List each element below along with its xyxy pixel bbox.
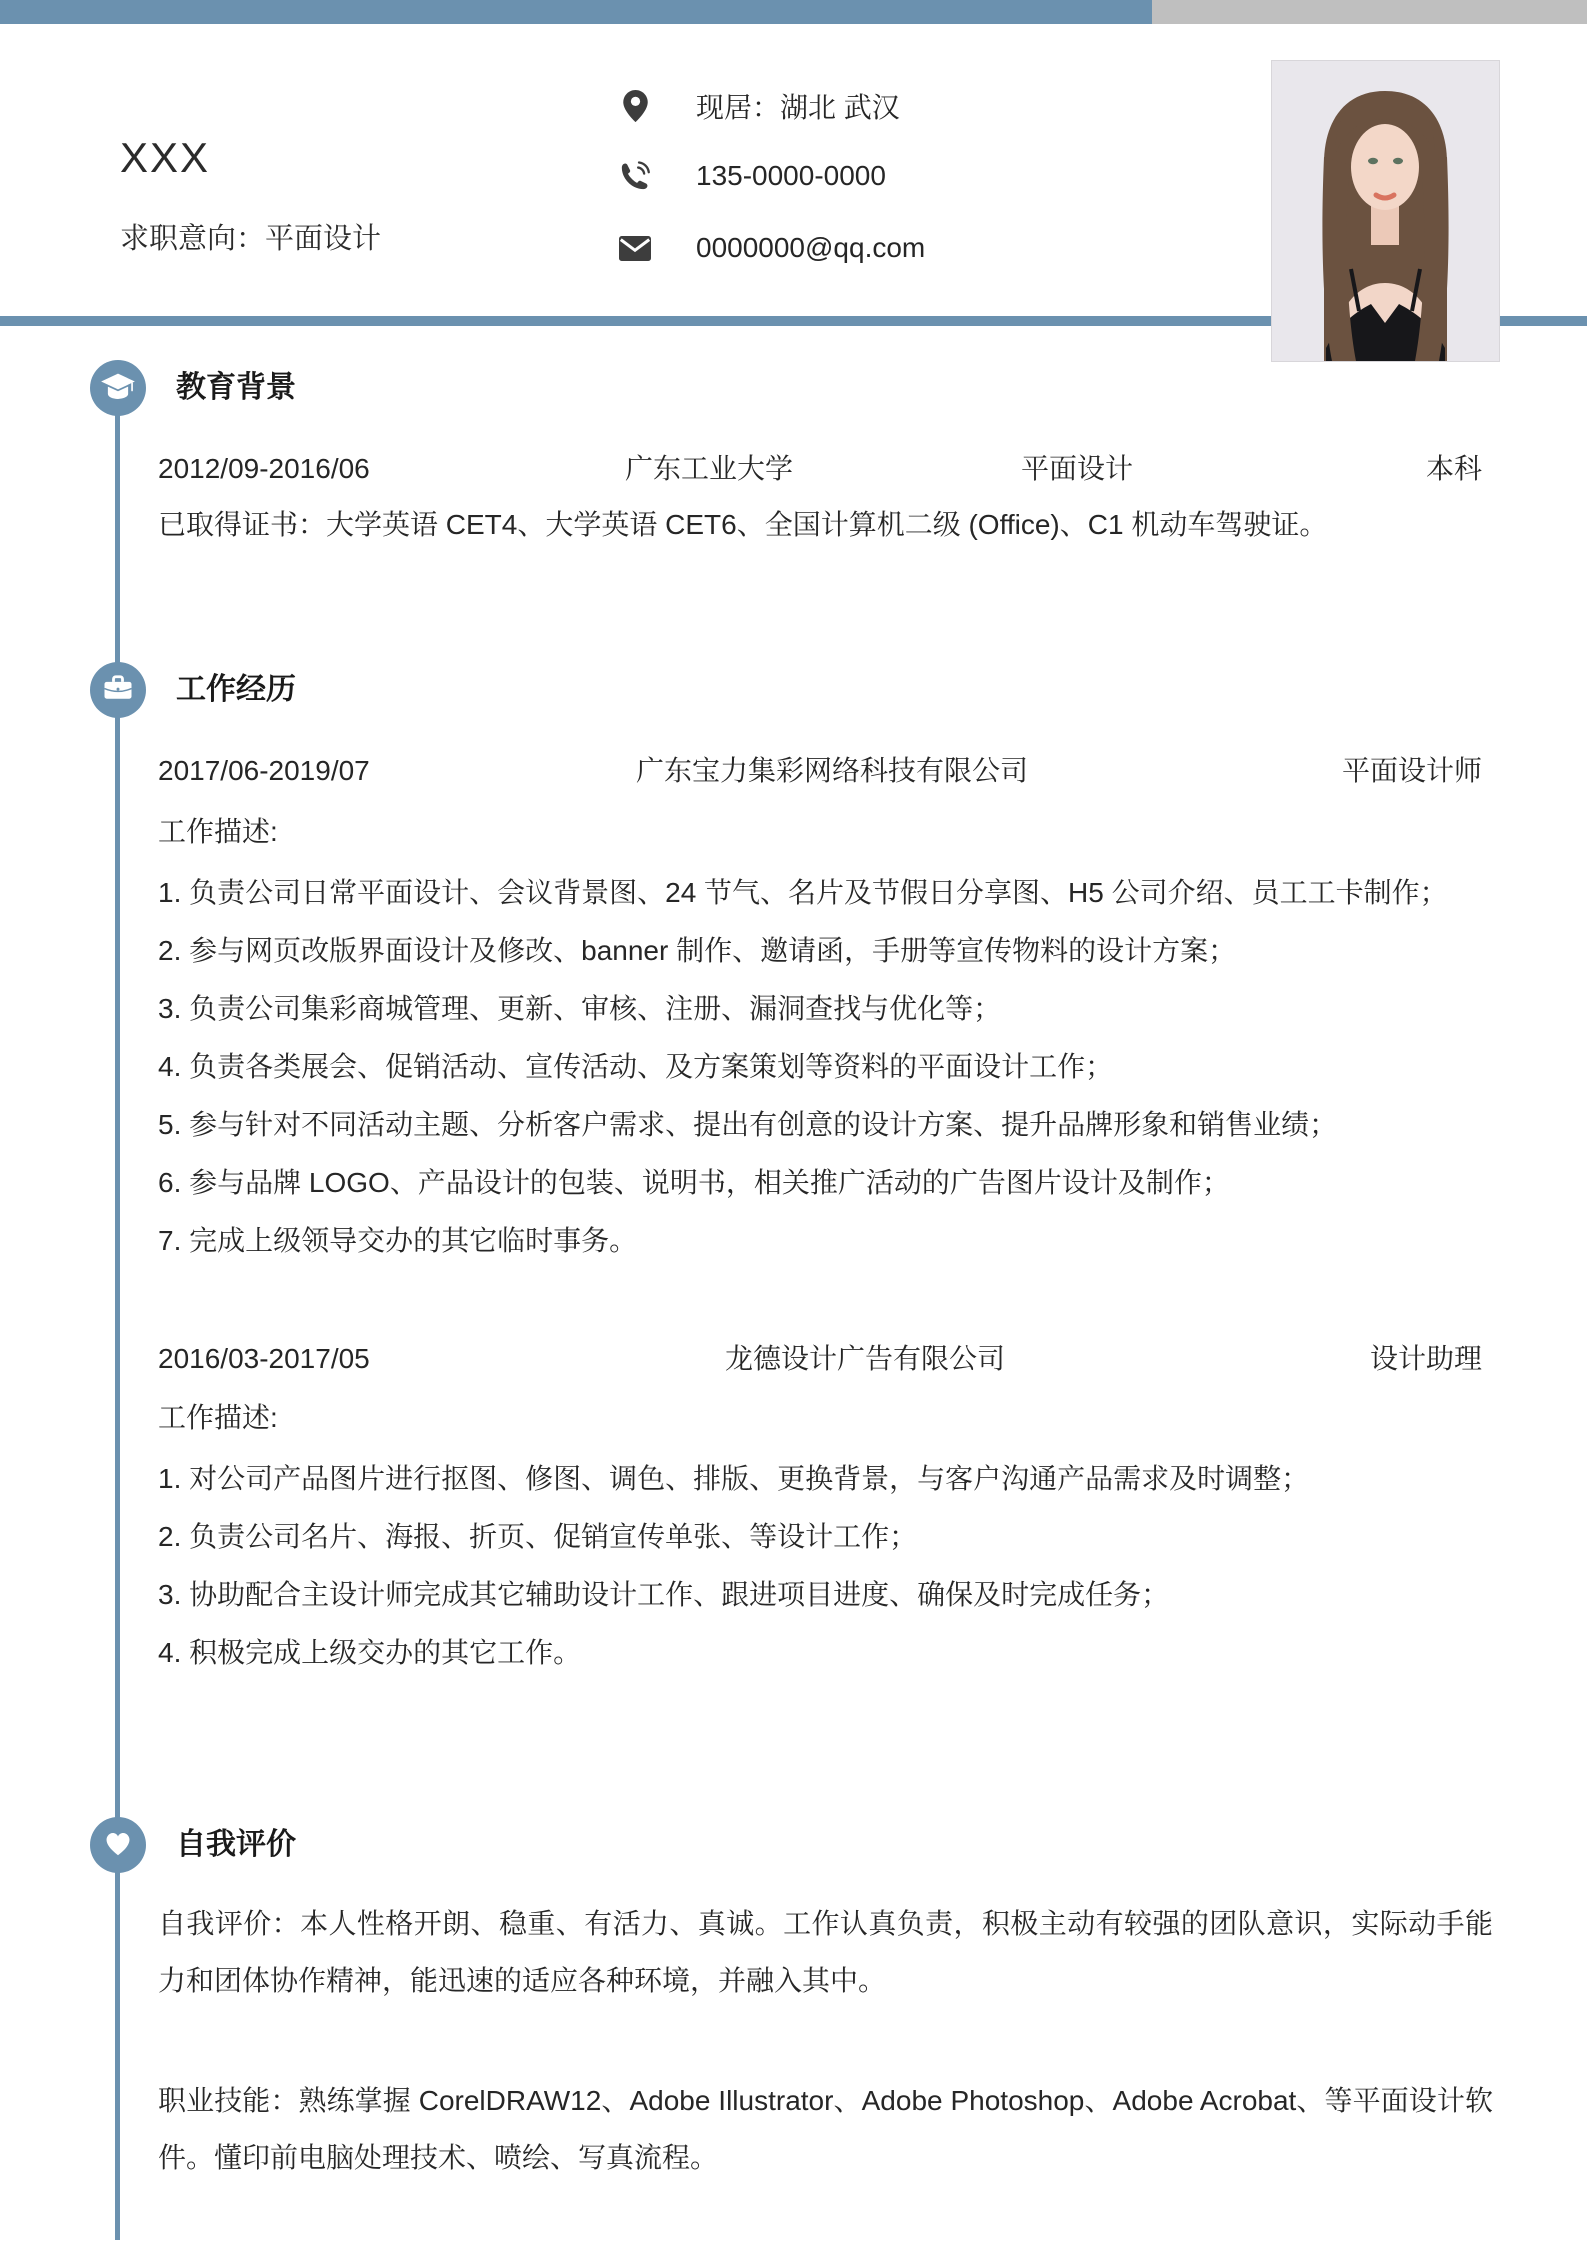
- briefcase-icon: [100, 670, 136, 711]
- contact-email-text: 0000000@qq.com: [696, 232, 925, 264]
- education-degree: 本科: [1426, 450, 1482, 488]
- job-bullet: 1. 负责公司日常平面设计、会议背景图、24 节气、名片及节假日分享图、H5 公…: [158, 864, 1493, 922]
- education-period: 2012/09-2016/06: [158, 450, 370, 488]
- job-objective: 求职意向：平面设计: [120, 220, 381, 258]
- self-evaluation-section-badge: [90, 1817, 146, 1873]
- job-company: 龙德设计广告有限公司: [725, 1340, 1005, 1378]
- job-bullet: 3. 协助配合主设计师完成其它辅助设计工作、跟进项目进度、确保及时完成任务；: [158, 1566, 1493, 1624]
- work-section-title: 工作经历: [176, 672, 296, 708]
- job-period: 2017/06-2019/07: [158, 752, 370, 790]
- contact-row-location: 现居：湖北 武汉: [610, 84, 900, 128]
- education-section-badge: [90, 360, 146, 416]
- education-certificates: 已取得证书：大学英语 CET4、大学英语 CET6、全国计算机二级 (Offic…: [158, 505, 1493, 545]
- job-desc-label: 工作描述:: [158, 812, 1493, 852]
- top-bar-gray: [1152, 0, 1587, 24]
- resume-page: XXX 求职意向：平面设计 现居：湖北 武汉 135-0000-0000 000…: [0, 0, 1587, 2245]
- job-bullet: 4. 负责各类展会、促销活动、宣传活动、及方案策划等资料的平面设计工作；: [158, 1038, 1493, 1096]
- job-bullet: 2. 参与网页改版界面设计及修改、banner 制作、邀请函，手册等宣传物料的设…: [158, 922, 1493, 980]
- self-evaluation-text: 自我评价：本人性格开朗、稳重、有活力、真诚。工作认真负责，积极主动有较强的团队意…: [158, 1895, 1493, 2009]
- top-bar-accent: [0, 0, 1152, 24]
- job-position: 设计助理: [1370, 1340, 1482, 1378]
- job-row: 2016/03-2017/05 龙德设计广告有限公司 设计助理: [158, 1340, 1490, 1378]
- job-bullet: 3. 负责公司集彩商城管理、更新、审核、注册、漏洞查找与优化等；: [158, 980, 1493, 1038]
- education-school: 广东工业大学: [625, 450, 793, 488]
- contact-location-text: 现居：湖北 武汉: [696, 86, 900, 126]
- portrait-photo: [1272, 61, 1499, 361]
- profile-photo: [1272, 61, 1499, 361]
- education-section-title: 教育背景: [176, 370, 296, 406]
- job-desc-label: 工作描述:: [158, 1398, 1493, 1438]
- education-major: 平面设计: [1021, 450, 1133, 488]
- job-row: 2017/06-2019/07 广东宝力集彩网络科技有限公司 平面设计师: [158, 752, 1490, 790]
- contact-row-email: 0000000@qq.com: [610, 226, 925, 270]
- contact-phone-text: 135-0000-0000: [696, 160, 886, 192]
- graduation-cap-icon: [100, 368, 136, 409]
- heart-icon: [103, 1828, 133, 1863]
- job-bullet: 7. 完成上级领导交办的其它临时事务。: [158, 1212, 1493, 1270]
- job-position: 平面设计师: [1342, 752, 1482, 790]
- job-bullet-list: 1. 对公司产品图片进行抠图、修图、调色、排版、更换背景，与客户沟通产品需求及时…: [158, 1450, 1493, 1682]
- job-bullet: 6. 参与品牌 LOGO、产品设计的包装、说明书，相关推广活动的广告图片设计及制…: [158, 1154, 1493, 1212]
- job-company: 广东宝力集彩网络科技有限公司: [636, 752, 1028, 790]
- job-bullet: 1. 对公司产品图片进行抠图、修图、调色、排版、更换背景，与客户沟通产品需求及时…: [158, 1450, 1493, 1508]
- job-period: 2016/03-2017/05: [158, 1340, 370, 1378]
- phone-icon: [610, 160, 660, 192]
- education-row: 2012/09-2016/06 广东工业大学 平面设计 本科: [158, 450, 1490, 488]
- professional-skills-text: 职业技能：熟练掌握 CorelDRAW12、Adobe Illustrator、…: [158, 2072, 1493, 2186]
- job-bullet: 4. 积极完成上级交办的其它工作。: [158, 1624, 1493, 1682]
- job-bullet-list: 1. 负责公司日常平面设计、会议背景图、24 节气、名片及节假日分享图、H5 公…: [158, 864, 1493, 1270]
- job-bullet: 5. 参与针对不同活动主题、分析客户需求、提出有创意的设计方案、提升品牌形象和销…: [158, 1096, 1493, 1154]
- location-pin-icon: [610, 88, 660, 124]
- candidate-name: XXX: [120, 134, 210, 182]
- self-evaluation-section-title: 自我评价: [176, 1827, 296, 1863]
- contact-row-phone: 135-0000-0000: [610, 154, 886, 198]
- work-section-badge: [90, 662, 146, 718]
- mail-icon: [610, 236, 660, 261]
- job-bullet: 2. 负责公司名片、海报、折页、促销宣传单张、等设计工作；: [158, 1508, 1493, 1566]
